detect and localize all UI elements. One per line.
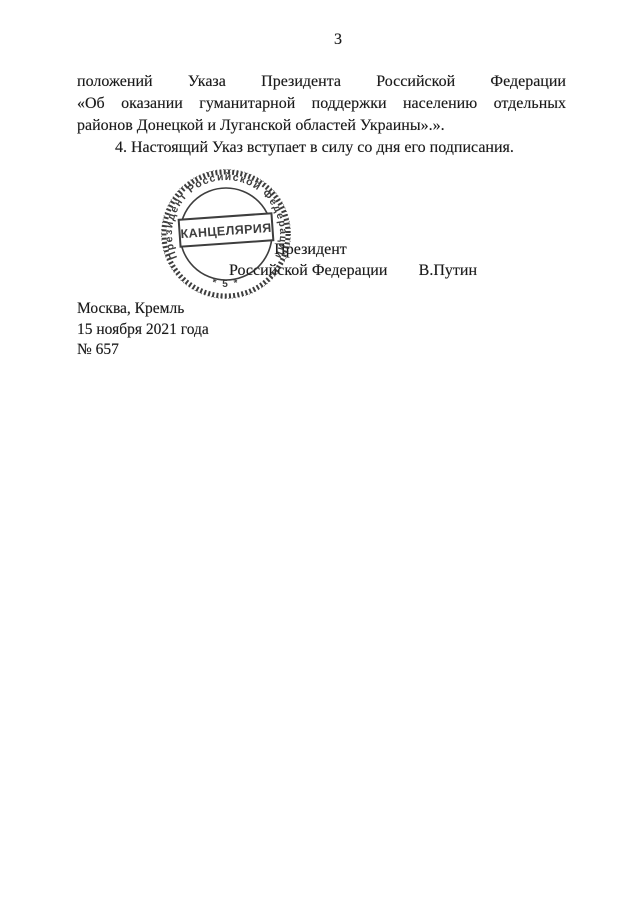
signature-title-line2: Российской Федерации — [229, 261, 387, 281]
page-number: 3 — [0, 31, 640, 49]
stamp-center-text: КАНЦЕЛЯРИЯ — [180, 221, 272, 241]
document-page: 3 положений Указа Президента Российской … — [0, 0, 640, 905]
decree-paragraph: положений Указа Президента Российской Фе… — [77, 71, 566, 159]
footer-number: № 657 — [77, 340, 209, 361]
paragraph-line: «Об оказании гуманитарной поддержки насе… — [77, 93, 566, 115]
paragraph-line: 4. Настоящий Указ вступает в силу со дня… — [77, 137, 566, 159]
decree-footer: Москва, Кремль 15 ноября 2021 года № 657 — [77, 299, 209, 361]
signature-block: Президент Российской Федерации В.Путин — [229, 240, 477, 281]
signature-title-line1: Президент — [229, 240, 392, 260]
paragraph-line: районов Донецкой и Луганской областей Ук… — [77, 115, 566, 137]
signature-name: В.Путин — [419, 261, 477, 281]
paragraph-line: положений Указа Президента Российской Фе… — [77, 71, 566, 93]
chancellery-stamp: Президент Российской Федерации * 5 * КАН… — [153, 168, 299, 304]
footer-place: Москва, Кремль — [77, 299, 209, 320]
footer-date: 15 ноября 2021 года — [77, 320, 209, 341]
